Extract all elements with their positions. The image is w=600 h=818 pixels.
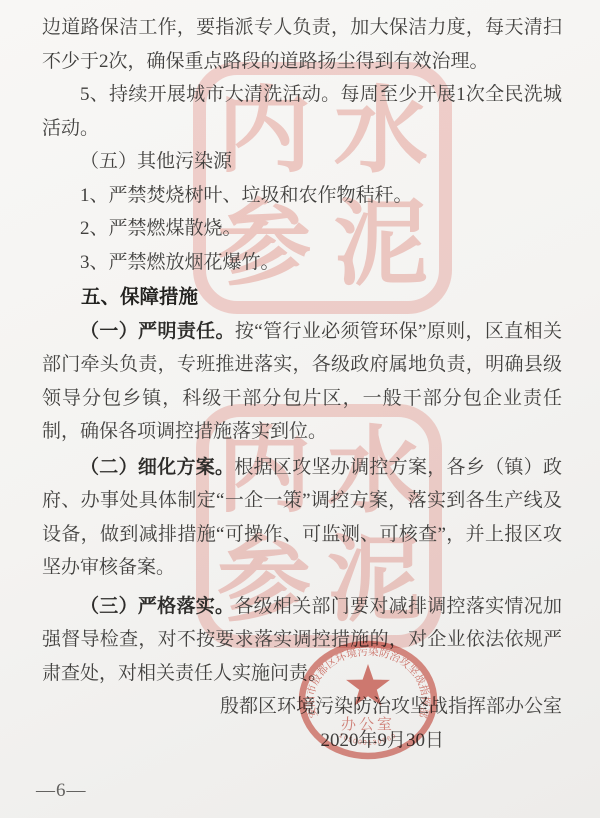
seal-center-text: 办公室 [341, 716, 395, 733]
paragraph-lead: （一）严明责任。 [80, 321, 235, 342]
seal-ring [302, 644, 434, 756]
para-item-5: 5、持续开展城市大清洗活动。每周至少开展1次全民洗城活动。 [42, 78, 562, 145]
para-measure-2: （二）细化方案。根据区攻坚办调控方案，各乡（镇）政府、办事处具体制定“一企一策”… [42, 451, 562, 585]
scanned-document-page: 内水参泥 内水参泥 边道路保洁工作，要指派专人负责，加大保洁力度，每天清扫不少于… [0, 0, 600, 818]
seal-star [346, 664, 390, 706]
paragraph-list: 边道路保洁工作，要指派专人负责，加大保洁力度，每天清扫不少于2次，确保重点路段的… [42, 11, 562, 690]
paragraph-lead: （二）细化方案。 [80, 457, 234, 478]
para-ban-1: 1、严禁焚烧树叶、垃圾和农作物秸秆。 [42, 179, 562, 213]
page-number: —6— [36, 780, 87, 802]
para-continued: 边道路保洁工作，要指派专人负责，加大保洁力度，每天清扫不少于2次，确保重点路段的… [42, 11, 562, 78]
para-measure-1: （一）严明责任。按“管行业必须管环保”原则，区直相关部门牵头负责，专班推进落实，… [42, 315, 562, 449]
sub-heading-other-pollution: （五）其他污染源 [42, 145, 562, 179]
para-ban-3: 3、严禁燃放烟花爆竹。 [42, 246, 562, 280]
paragraph-lead: （三）严格落实。 [80, 596, 234, 617]
official-seal: 安阳市殷都区环境污染防治攻坚战指挥部 办公室 105000130060 [295, 633, 445, 769]
seal-code-number: 105000130060 [338, 732, 399, 747]
para-ban-2: 2、严禁燃煤散烧。 [42, 212, 562, 246]
section-heading-safeguards: 五、保障措施 [42, 281, 562, 315]
